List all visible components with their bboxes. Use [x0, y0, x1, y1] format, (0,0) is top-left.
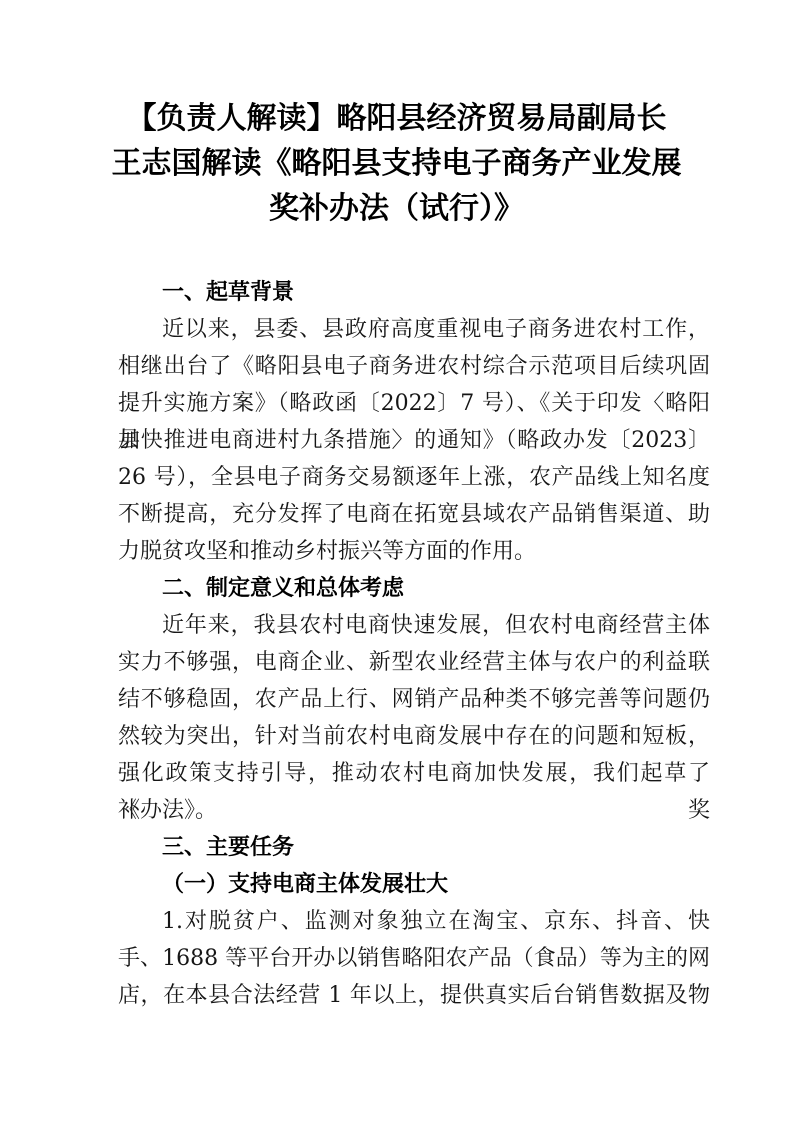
document-title-line: 王志国解读《略阳县支持电子商务产业发展 [56, 141, 737, 186]
section-heading: 三、主要任务 [118, 829, 710, 866]
document-title-line: 奖补办法（试行）》 [56, 186, 737, 231]
body-text-line: 1.对脱贫户、监测对象独立在淘宝、京东、抖音、快 [118, 903, 710, 940]
body-text-line: 提升实施方案》（略政函〔2022〕7 号）、《关于印发〈略阳县 [118, 385, 710, 422]
body-text-line: 强化政策支持引导，推动农村电商加快发展，我们起草了《奖 [118, 755, 710, 792]
body-text-line: 26 号），全县电子商务交易额逐年上涨，农产品线上知名度 [118, 459, 710, 496]
section-heading: 一、起草背景 [118, 274, 710, 311]
subsection-heading: （一）支持电商主体发展壮大 [118, 866, 710, 903]
body-text-line: 手、1688 等平台开办以销售略阳农产品（食品）等为主的网 [118, 940, 710, 977]
body-text-line: 店，在本县合法经营 1 年以上，提供真实后台销售数据及物 [118, 977, 710, 1014]
document-title: 【负责人解读】略阳县经济贸易局副局长 王志国解读《略阳县支持电子商务产业发展 奖… [56, 96, 737, 231]
body-text-line: 近以来，县委、县政府高度重视电子商务进农村工作， [118, 311, 710, 348]
body-text-line: 近年来，我县农村电商快速发展，但农村电商经营主体 [118, 607, 710, 644]
document-title-line: 【负责人解读】略阳县经济贸易局副局长 [56, 96, 737, 141]
body-text-line: 不断提高，充分发挥了电商在拓宽县域农产品销售渠道、助 [118, 496, 710, 533]
body-text-line: 然较为突出，针对当前农村电商发展中存在的问题和短板， [118, 718, 710, 755]
body-text-line: 相继出台了《略阳县电子商务进农村综合示范项目后续巩固 [118, 348, 710, 385]
document-page: 【负责人解读】略阳县经济贸易局副局长 王志国解读《略阳县支持电子商务产业发展 奖… [0, 0, 793, 1122]
body-text-line: 力脱贫攻坚和推动乡村振兴等方面的作用。 [118, 533, 710, 570]
body-text-line: 结不够稳固，农产品上行、网销产品种类不够完善等问题仍 [118, 681, 710, 718]
section-heading: 二、制定意义和总体考虑 [118, 570, 710, 607]
body-text-line: 实力不够强，电商企业、新型农业经营主体与农户的利益联 [118, 644, 710, 681]
document-body: 一、起草背景 近以来，县委、县政府高度重视电子商务进农村工作， 相继出台了《略阳… [118, 274, 710, 1014]
body-text-line: 加快推进电商进村九条措施〉的通知》（略政办发〔2023〕 [118, 422, 710, 459]
